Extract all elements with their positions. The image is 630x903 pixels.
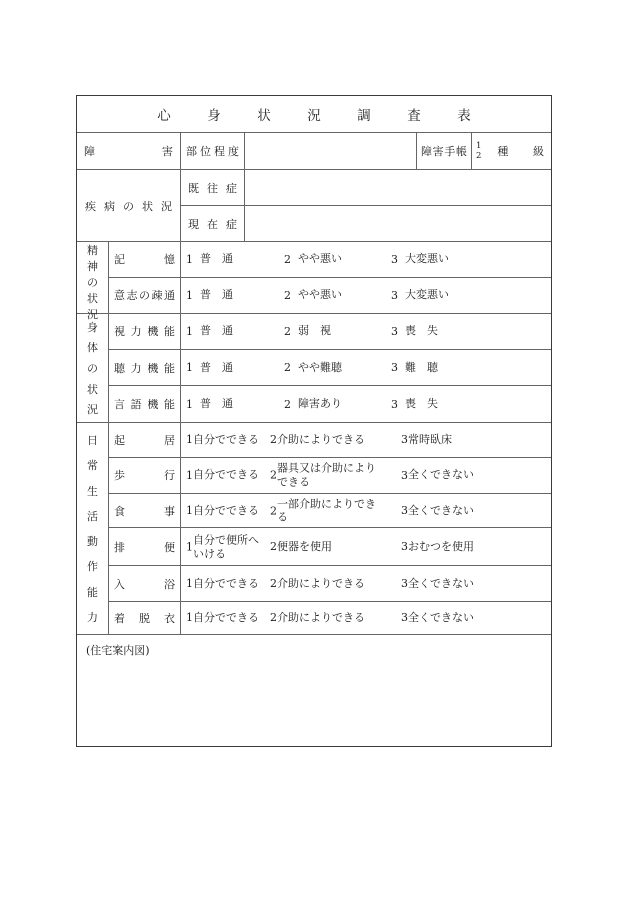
option-number: 2 (270, 433, 277, 446)
option-text: やや悪い (298, 288, 342, 302)
option-number: 1 (186, 361, 193, 374)
survey-form: 心身状況調査表 障害 部位程度 障害手帳 1 2 種 級 疾病の状況 既往症 (76, 95, 552, 747)
item-row: 排便 1自分で便所へ いける 2便器を使用 3おむつを使用 (109, 528, 551, 566)
option: 3喪 失 (391, 324, 438, 338)
option-text: 大変悪い (405, 288, 449, 302)
option-number: 1 (186, 577, 193, 590)
option-text: 全くできない (408, 611, 474, 625)
disease-section: 疾病の状況 既往症 現在症 (77, 170, 551, 242)
option: 1自分でできる (186, 611, 259, 625)
option-number: 2 (284, 325, 291, 338)
housing-map-label: (住宅案内図) (86, 642, 150, 658)
current-illness-value (245, 206, 551, 241)
option: 3常時臥床 (401, 433, 452, 447)
option: 1普 通 (186, 252, 233, 266)
option-number: 1 (186, 540, 193, 553)
option-text: 介助によりできる (277, 611, 365, 625)
option-number: 3 (401, 577, 408, 590)
disease-row: 既往症 (181, 170, 551, 206)
options-cell: 1普 通 2障害あり 3喪 失 (181, 386, 551, 422)
option: 3喪 失 (391, 397, 438, 411)
option-text: 普 通 (200, 324, 233, 338)
form-title: 心身状況調査表 (157, 104, 507, 124)
option: 2一部介助によりでき る (270, 497, 376, 525)
option-number: 3 (391, 325, 398, 338)
housing-map-area: (住宅案内図) (77, 635, 551, 746)
item-label: 聴力機能 (109, 350, 181, 386)
option-number: 2 (270, 612, 277, 625)
option-text: 普 通 (200, 252, 233, 266)
item-row: 起居 1自分でできる 2介助によりできる 3常時臥床 (109, 423, 551, 458)
options-cell: 1自分でできる 2器具又は介助により できる 3全くできない (181, 458, 551, 493)
item-row: 歩行 1自分でできる 2器具又は介助により できる 3全くできない (109, 458, 551, 494)
option-text: 自分でできる (193, 504, 259, 518)
option-text: 弱 視 (298, 324, 331, 338)
option: 2やや難聴 (284, 361, 342, 375)
handbook-label: 障害手帳 (417, 133, 472, 169)
option-text: 自分でできる (193, 611, 259, 625)
option-text: 介助によりできる (277, 433, 365, 447)
option-text: 器具又は介助により できる (277, 461, 376, 489)
option-number: 2 (270, 469, 277, 482)
current-illness-label: 現在症 (181, 206, 245, 241)
option-number: 1 (186, 325, 193, 338)
option: 3大変悪い (391, 288, 449, 302)
item-label: 言語機能 (109, 386, 181, 422)
item-label: 起居 (109, 423, 181, 457)
grade-number-2: 2 (476, 151, 481, 161)
handbook-grade-cell: 1 2 種 級 (472, 133, 551, 169)
section-mental-label: 精神の状況 (77, 242, 109, 313)
option-text: 自分で便所へ いける (193, 533, 259, 561)
part-degree-label: 部位程度 (181, 133, 245, 169)
item-label: 食事 (109, 494, 181, 528)
option-number: 3 (391, 361, 398, 374)
grade-numbers: 1 2 (476, 141, 481, 161)
option-number: 2 (284, 289, 291, 302)
item-row: 言語機能 1普 通 2障害あり 3喪 失 (109, 386, 551, 422)
option: 2障害あり (284, 397, 342, 411)
option-number: 3 (391, 289, 398, 302)
disease-row: 現在症 (181, 206, 551, 241)
item-label: 視力機能 (109, 314, 181, 349)
option-text: 難 聴 (405, 361, 438, 375)
option-text: 普 通 (200, 361, 233, 375)
section-daily-living: 日常生活動作能力 起居 1自分でできる 2介助によりできる 3常時臥床 歩行 1… (77, 423, 551, 635)
item-label: 排便 (109, 528, 181, 565)
section-physical: 身体の状況 視力機能 1普 通 2弱 視 3喪 失 聴力機能 1普 通 2やや難… (77, 314, 551, 423)
option-number: 3 (401, 612, 408, 625)
options-cell: 1普 通 2やや難聴 3難 聴 (181, 350, 551, 386)
option: 3全くできない (401, 577, 474, 591)
item-label: 記憶 (109, 242, 181, 277)
option-text: やや難聴 (298, 361, 342, 375)
option: 3全くできない (401, 468, 474, 482)
options-cell: 1自分で便所へ いける 2便器を使用 3おむつを使用 (181, 528, 551, 565)
option: 2弱 視 (284, 324, 331, 338)
option-text: 自分でできる (193, 577, 259, 591)
options-cell: 1自分でできる 2介助によりできる 3常時臥床 (181, 423, 551, 457)
option: 1普 通 (186, 397, 233, 411)
grade-labels: 種 級 (497, 143, 544, 159)
grade-number-1: 1 (476, 141, 481, 151)
option: 2器具又は介助により できる (270, 461, 376, 489)
option-text: 自分でできる (193, 468, 259, 482)
option-text: 普 通 (200, 288, 233, 302)
section-mental: 精神の状況 記憶 1普 通 2やや悪い 3大変悪い 意志の疎通 1普 通 2やや… (77, 242, 551, 314)
section-daily-living-label: 日常生活動作能力 (77, 423, 109, 634)
item-row: 食事 1自分でできる 2一部介助によりでき る 3全くできない (109, 494, 551, 529)
option: 3全くできない (401, 611, 474, 625)
item-label: 入浴 (109, 566, 181, 601)
option-text: 全くできない (408, 577, 474, 591)
option-text: 介助によりできる (277, 577, 365, 591)
grade-type-label: 種 (497, 143, 508, 159)
option-text: やや悪い (298, 252, 342, 266)
disability-row: 障害 部位程度 障害手帳 1 2 種 級 (77, 133, 551, 170)
option-number: 3 (391, 398, 398, 411)
option: 1普 通 (186, 288, 233, 302)
item-row: 視力機能 1普 通 2弱 視 3喪 失 (109, 314, 551, 350)
item-row: 聴力機能 1普 通 2やや難聴 3難 聴 (109, 350, 551, 387)
option-text: 喪 失 (405, 324, 438, 338)
options-cell: 1自分でできる 2介助によりできる 3全くできない (181, 566, 551, 601)
option-text: 常時臥床 (408, 433, 452, 447)
item-row: 着脱衣 1自分でできる 2介助によりできる 3全くできない (109, 602, 551, 634)
option-text: おむつを使用 (408, 540, 474, 554)
option-number: 1 (186, 504, 193, 517)
option-number: 1 (186, 612, 193, 625)
option-number: 2 (270, 577, 277, 590)
option-number: 3 (401, 469, 408, 482)
part-degree-value (245, 133, 417, 169)
section-physical-label: 身体の状況 (77, 314, 109, 422)
disability-label: 障害 (77, 133, 181, 169)
option-number: 2 (284, 361, 291, 374)
option-text: 障害あり (298, 397, 342, 411)
item-label: 歩行 (109, 458, 181, 493)
past-illness-value (245, 170, 551, 205)
options-cell: 1普 通 2やや悪い 3大変悪い (181, 242, 551, 277)
option-text: 便器を使用 (277, 540, 332, 554)
option-text: 大変悪い (405, 252, 449, 266)
option-text: 全くできない (408, 468, 474, 482)
option: 1普 通 (186, 324, 233, 338)
option-number: 1 (186, 253, 193, 266)
option-number: 3 (401, 540, 408, 553)
option-text: 一部介助によりでき る (277, 497, 376, 525)
item-row: 意志の疎通 1普 通 2やや悪い 3大変悪い (109, 278, 551, 314)
title-row: 心身状況調査表 (77, 96, 551, 133)
option: 2介助によりできる (270, 433, 365, 447)
option: 1普 通 (186, 361, 233, 375)
option: 1自分でできる (186, 504, 259, 518)
option-number: 3 (401, 433, 408, 446)
item-row: 入浴 1自分でできる 2介助によりできる 3全くできない (109, 566, 551, 602)
item-label: 着脱衣 (109, 602, 181, 634)
options-cell: 1普 通 2やや悪い 3大変悪い (181, 278, 551, 314)
option-number: 1 (186, 469, 193, 482)
option-number: 2 (270, 504, 277, 517)
option: 3大変悪い (391, 252, 449, 266)
option-text: 喪 失 (405, 397, 438, 411)
option-number: 1 (186, 289, 193, 302)
option-number: 1 (186, 398, 193, 411)
option-text: 自分でできる (193, 433, 259, 447)
option: 1自分でできる (186, 577, 259, 591)
option-text: 普 通 (200, 397, 233, 411)
item-row: 記憶 1普 通 2やや悪い 3大変悪い (109, 242, 551, 278)
options-cell: 1普 通 2弱 視 3喪 失 (181, 314, 551, 349)
option: 2介助によりできる (270, 577, 365, 591)
options-cell: 1自分でできる 2介助によりできる 3全くできない (181, 602, 551, 634)
option: 3おむつを使用 (401, 540, 474, 554)
disease-rows: 既往症 現在症 (181, 170, 551, 241)
option-number: 1 (186, 433, 193, 446)
option: 2やや悪い (284, 252, 342, 266)
option: 2介助によりできる (270, 611, 365, 625)
option: 3難 聴 (391, 361, 438, 375)
past-illness-label: 既往症 (181, 170, 245, 205)
options-cell: 1自分でできる 2一部介助によりでき る 3全くできない (181, 494, 551, 528)
option-number: 3 (391, 253, 398, 266)
option: 1自分でできる (186, 433, 259, 447)
option: 2便器を使用 (270, 540, 332, 554)
disease-label: 疾病の状況 (77, 170, 181, 241)
option-number: 2 (284, 253, 291, 266)
option: 3全くできない (401, 504, 474, 518)
option-number: 2 (270, 540, 277, 553)
item-label: 意志の疎通 (109, 278, 181, 314)
option: 1自分で便所へ いける (186, 533, 259, 561)
option-number: 2 (284, 398, 291, 411)
grade-class-label: 級 (533, 143, 544, 159)
option: 2やや悪い (284, 288, 342, 302)
option-text: 全くできない (408, 504, 474, 518)
option-number: 3 (401, 504, 408, 517)
option: 1自分でできる (186, 468, 259, 482)
